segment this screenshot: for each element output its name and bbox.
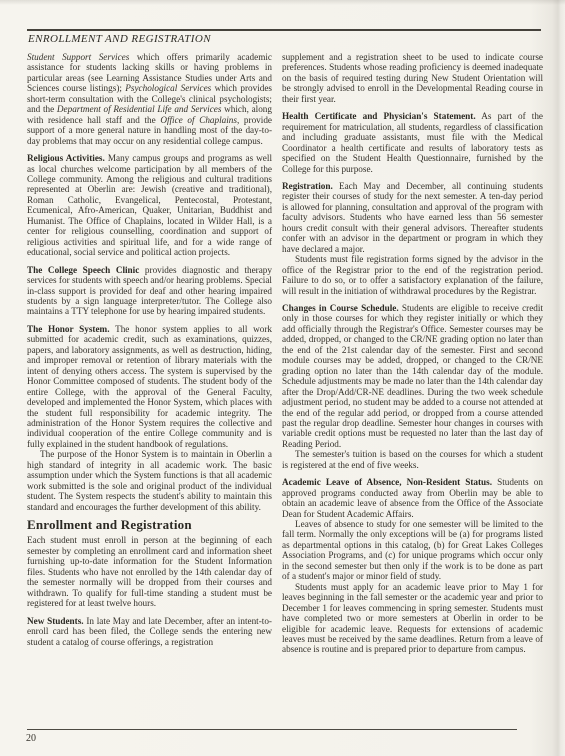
- paragraph-text: Students are eligible to receive credit …: [282, 303, 543, 449]
- header-rule: [27, 29, 541, 31]
- italic-term: Student Support Services: [27, 52, 129, 62]
- paragraph-text: Students must apply for an academic leav…: [282, 582, 543, 655]
- paragraph-lead: Health Certificate and Physician's State…: [282, 111, 476, 121]
- paragraph: Academic Leave of Absence, Non-Resident …: [282, 477, 543, 519]
- paragraph-text: Each May and December, all continuing st…: [282, 181, 543, 254]
- paragraph-text: supplement and a registration sheet to b…: [282, 52, 543, 104]
- section-heading: Enrollment and Registration: [27, 520, 272, 530]
- paragraph: Leaves of absence to study for one semes…: [282, 519, 543, 582]
- paragraph: Students must file registration forms si…: [282, 254, 543, 296]
- page-header-title: ENROLLMENT AND REGISTRATION: [28, 33, 211, 45]
- paragraph-lead: The Honor System.: [27, 324, 110, 334]
- paragraph-lead: Registration.: [282, 181, 333, 191]
- paragraph: Each student must enroll in person at th…: [27, 535, 272, 608]
- paragraph: supplement and a registration sheet to b…: [282, 52, 543, 104]
- paragraph: The semester's tuition is based on the c…: [282, 449, 543, 470]
- paragraph: The purpose of the Honor System is to ma…: [27, 449, 272, 512]
- paragraph: Changes in Course Schedule. Students are…: [282, 303, 543, 449]
- left-column: Student Support Services which offers pr…: [27, 52, 272, 726]
- catalog-page: ENROLLMENT AND REGISTRATION Student Supp…: [0, 0, 565, 756]
- paragraph: The College Speech Clinic provides diagn…: [27, 265, 272, 317]
- paragraph-text: Each student must enroll in person at th…: [27, 535, 272, 608]
- paragraph-lead: Changes in Course Schedule.: [282, 303, 399, 313]
- italic-term: Psychological Services: [125, 83, 211, 93]
- paragraph: Registration. Each May and December, all…: [282, 181, 543, 254]
- paragraph: Student Support Services which offers pr…: [27, 52, 272, 146]
- paragraph-text: The purpose of the Honor System is to ma…: [27, 449, 272, 511]
- paragraph-lead: The College Speech Clinic: [27, 265, 139, 275]
- right-column: supplement and a registration sheet to b…: [282, 52, 543, 726]
- paragraph-text: The honor system applies to all work sub…: [27, 324, 272, 449]
- paragraph: Students must apply for an academic leav…: [282, 582, 543, 655]
- paragraph: Religious Activities. Many campus groups…: [27, 153, 272, 258]
- paragraph: New Students. In late May and late Decem…: [27, 616, 272, 647]
- paragraph-text: Leaves of absence to study for one semes…: [282, 519, 543, 581]
- page-number: 20: [26, 733, 36, 744]
- paragraph-text: Many campus groups and programs as well …: [27, 153, 272, 257]
- paragraph-text: The semester's tuition is based on the c…: [282, 449, 543, 469]
- italic-term: Department of Residential Life and Servi…: [57, 104, 222, 114]
- paragraph: Health Certificate and Physician's State…: [282, 111, 543, 174]
- paragraph-lead: Religious Activities.: [27, 153, 105, 163]
- italic-term: Office of Chaplains: [160, 115, 237, 125]
- footer-rule: [27, 729, 517, 730]
- text-columns: Student Support Services which offers pr…: [27, 52, 543, 726]
- paragraph: The Honor System. The honor system appli…: [27, 324, 272, 449]
- paragraph-text: Students must file registration forms si…: [282, 254, 543, 295]
- paragraph-lead: New Students.: [27, 616, 84, 626]
- paragraph-lead: Academic Leave of Absence, Non-Resident …: [282, 477, 492, 487]
